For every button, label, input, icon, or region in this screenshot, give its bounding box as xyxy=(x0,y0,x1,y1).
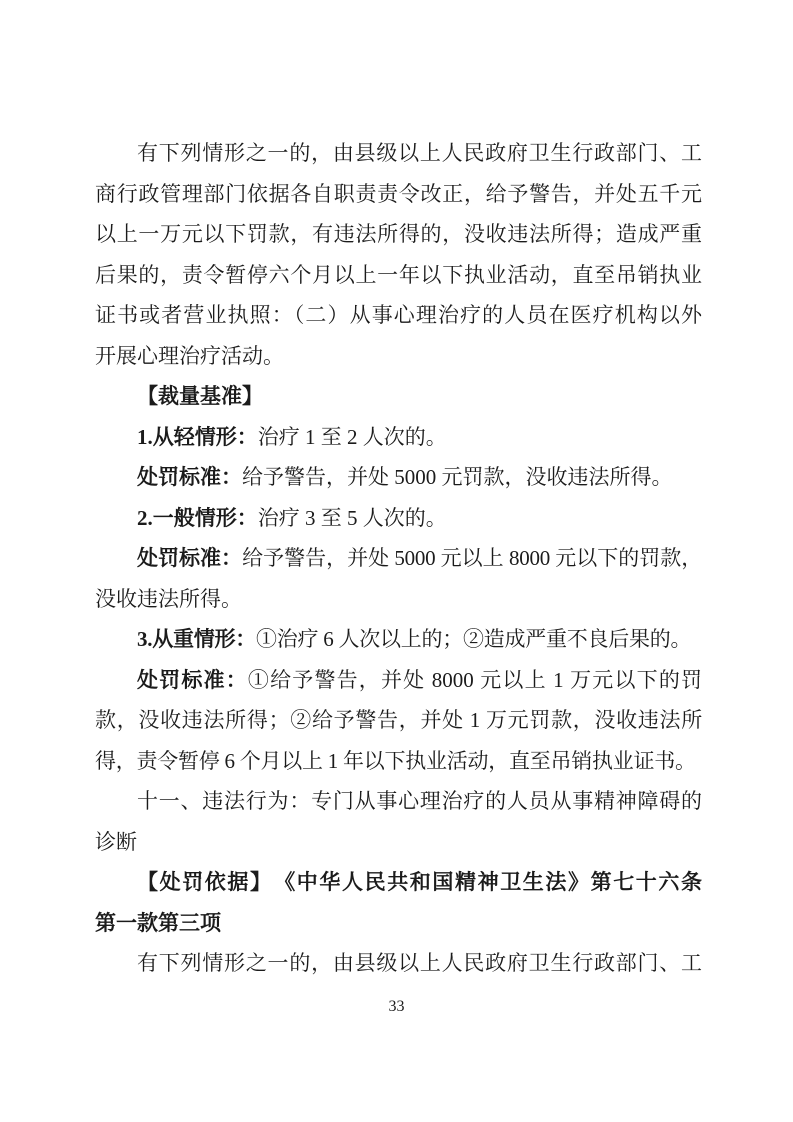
text-segment: 商行政管理部门依据各自职责责令改正，给予警告，并处五千元 xyxy=(95,182,702,206)
text-line-8: 1.从轻情形：治疗 1 至 2 人次的。 xyxy=(95,417,702,458)
text-segment: 款，没收违法所得；②给予警告，并处 1 万元罚款，没收违法所 xyxy=(95,708,702,732)
bold-text-segment: 【裁量基准】 xyxy=(137,384,263,408)
bold-text-segment: 【处罚依据】 《中华人民共和国精神卫生法》第七十六条 xyxy=(137,870,702,894)
bold-text-segment: 1.从轻情形： xyxy=(137,425,258,449)
text-line-20: 第一款第三项 xyxy=(95,903,702,944)
text-line-13: 3.从重情形：①治疗 6 人次以上的；②造成严重不良后果的。 xyxy=(95,619,702,660)
text-line-1: 有下列情形之一的，由县级以上人民政府卫生行政部门、工 xyxy=(95,133,702,174)
bold-text-segment: 第一款第三项 xyxy=(95,911,221,935)
text-segment: 有下列情形之一的，由县级以上人民政府卫生行政部门、工 xyxy=(137,141,702,165)
text-segment: 得，责令暂停 6 个月以上 1 年以下执业活动，直至吊销执业证书。 xyxy=(95,749,696,773)
text-segment: 治疗 3 至 5 人次的。 xyxy=(258,506,447,530)
text-segment: 给予警告，并处 5000 元罚款，没收违法所得。 xyxy=(242,465,673,489)
text-segment: 后果的，责令暂停六个月以上一年以下执业活动，直至吊销执业 xyxy=(95,263,702,287)
text-line-17: 十一、违法行为：专门从事心理治疗的人员从事精神障碍的 xyxy=(95,781,702,822)
document-page: 有下列情形之一的，由县级以上人民政府卫生行政部门、工商行政管理部门依据各自职责责… xyxy=(0,0,793,1122)
text-line-6: 开展心理治疗活动。 xyxy=(95,336,702,377)
text-line-14: 处罚标准：①给予警告，并处 8000 元以上 1 万元以下的罚 xyxy=(95,660,702,701)
bold-text-segment: 处罚标准： xyxy=(137,668,248,692)
text-segment: ①给予警告，并处 8000 元以上 1 万元以下的罚 xyxy=(248,668,702,692)
bold-text-segment: 3.从重情形： xyxy=(137,627,256,651)
text-line-18: 诊断 xyxy=(95,822,702,863)
text-segment: 证书或者营业执照：（二）从事心理治疗的人员在医疗机构以外 xyxy=(95,303,702,327)
text-segment: 诊断 xyxy=(95,830,137,854)
text-segment: 没收违法所得。 xyxy=(95,587,242,611)
bold-text-segment: 2.一般情形： xyxy=(137,506,258,530)
text-line-12: 没收违法所得。 xyxy=(95,579,702,620)
text-segment: 以上一万元以下罚款，有违法所得的，没收违法所得；造成严重 xyxy=(95,222,702,246)
text-segment: 治疗 1 至 2 人次的。 xyxy=(258,425,447,449)
text-segment: 有下列情形之一的，由县级以上人民政府卫生行政部门、工 xyxy=(137,951,702,975)
text-line-21: 有下列情形之一的，由县级以上人民政府卫生行政部门、工 xyxy=(95,943,702,984)
text-line-10: 2.一般情形：治疗 3 至 5 人次的。 xyxy=(95,498,702,539)
text-segment: ①治疗 6 人次以上的；②造成严重不良后果的。 xyxy=(256,627,691,651)
text-segment: 给予警告，并处 5000 元以上 8000 元以下的罚款， xyxy=(242,546,702,570)
text-segment: 开展心理治疗活动。 xyxy=(95,344,284,368)
text-line-11: 处罚标准：给予警告，并处 5000 元以上 8000 元以下的罚款， xyxy=(95,538,702,579)
text-line-9: 处罚标准：给予警告，并处 5000 元罚款，没收违法所得。 xyxy=(95,457,702,498)
text-line-7: 【裁量基准】 xyxy=(95,376,702,417)
bold-text-segment: 处罚标准： xyxy=(137,465,242,489)
text-line-19: 【处罚依据】 《中华人民共和国精神卫生法》第七十六条 xyxy=(95,862,702,903)
document-content: 有下列情形之一的，由县级以上人民政府卫生行政部门、工商行政管理部门依据各自职责责… xyxy=(95,133,702,984)
page-number: 33 xyxy=(0,997,793,1017)
text-line-5: 证书或者营业执照：（二）从事心理治疗的人员在医疗机构以外 xyxy=(95,295,702,336)
text-line-4: 后果的，责令暂停六个月以上一年以下执业活动，直至吊销执业 xyxy=(95,255,702,296)
text-line-2: 商行政管理部门依据各自职责责令改正，给予警告，并处五千元 xyxy=(95,174,702,215)
text-line-16: 得，责令暂停 6 个月以上 1 年以下执业活动，直至吊销执业证书。 xyxy=(95,741,702,782)
bold-text-segment: 处罚标准： xyxy=(137,546,242,570)
text-line-15: 款，没收违法所得；②给予警告，并处 1 万元罚款，没收违法所 xyxy=(95,700,702,741)
text-segment: 十一、违法行为：专门从事心理治疗的人员从事精神障碍的 xyxy=(137,789,702,813)
text-line-3: 以上一万元以下罚款，有违法所得的，没收违法所得；造成严重 xyxy=(95,214,702,255)
